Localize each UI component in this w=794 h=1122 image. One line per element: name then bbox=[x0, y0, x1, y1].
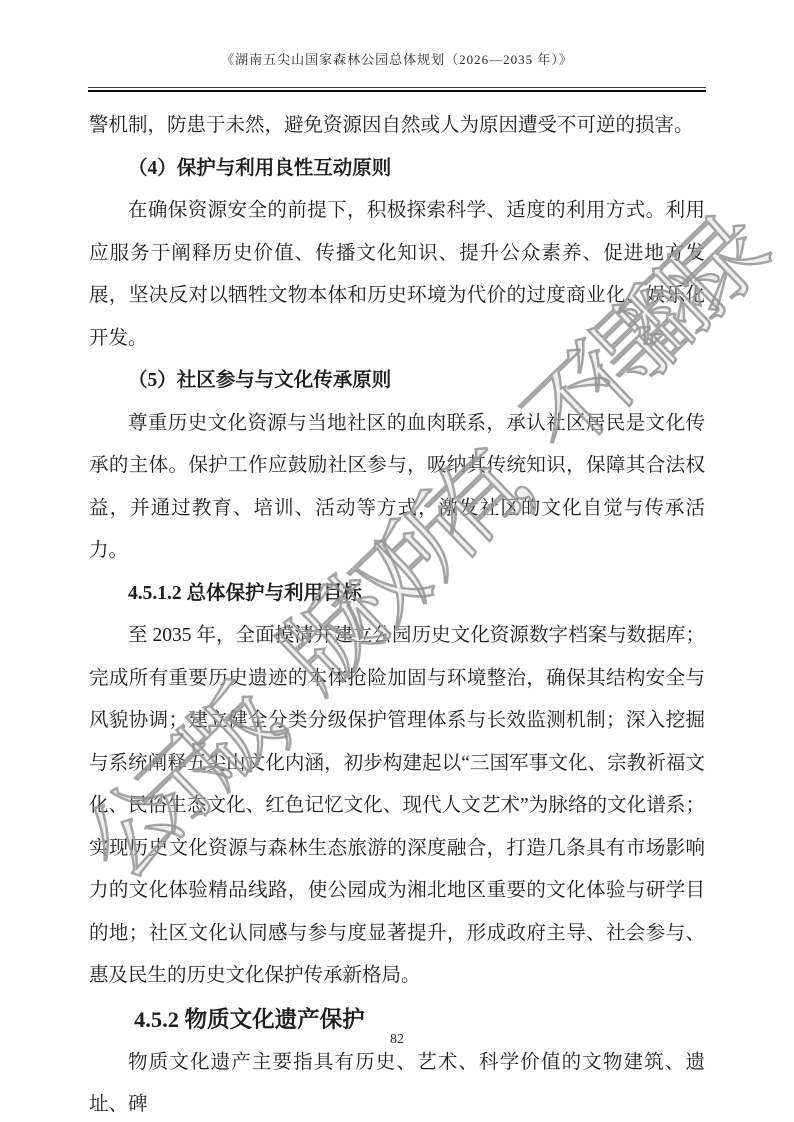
header-rule bbox=[88, 87, 706, 92]
paragraph: 在确保资源安全的前提下，积极探索科学、适度的利用方式。利用应服务于阐释历史价值、… bbox=[89, 190, 705, 360]
paragraph: 至 2035 年，全面摸清并建立公园历史文化资源数字档案与数据库；完成所有重要历… bbox=[89, 615, 705, 998]
page-header: 《湖南五尖山国家森林公园总体规划（2026—2035 年）》 bbox=[0, 0, 794, 92]
document-page: 《湖南五尖山国家森林公园总体规划（2026—2035 年）》 警机制，防患于未然… bbox=[0, 0, 794, 1122]
heading-principle-5: （5）社区参与与文化传承原则 bbox=[89, 360, 705, 403]
document-body: 警机制，防患于未然，避免资源因自然或人为原因遭受不可逆的损害。 （4）保护与利用… bbox=[89, 105, 705, 1122]
heading-4-5-1-2: 4.5.1.2 总体保护与利用目标 bbox=[89, 573, 705, 616]
paragraph: 尊重历史文化资源与当地社区的血肉联系，承认社区居民是文化传承的主体。保护工作应鼓… bbox=[89, 403, 705, 573]
page-number: 82 bbox=[0, 1032, 794, 1048]
paragraph-continued: 警机制，防患于未然，避免资源因自然或人为原因遭受不可逆的损害。 bbox=[89, 105, 705, 148]
header-title: 《湖南五尖山国家森林公园总体规划（2026—2035 年）》 bbox=[0, 0, 794, 69]
paragraph: 物质文化遗产主要指具有历史、艺术、科学价值的文物建筑、遗址、碑 bbox=[89, 1042, 705, 1122]
heading-principle-4: （4）保护与利用良性互动原则 bbox=[89, 148, 705, 191]
